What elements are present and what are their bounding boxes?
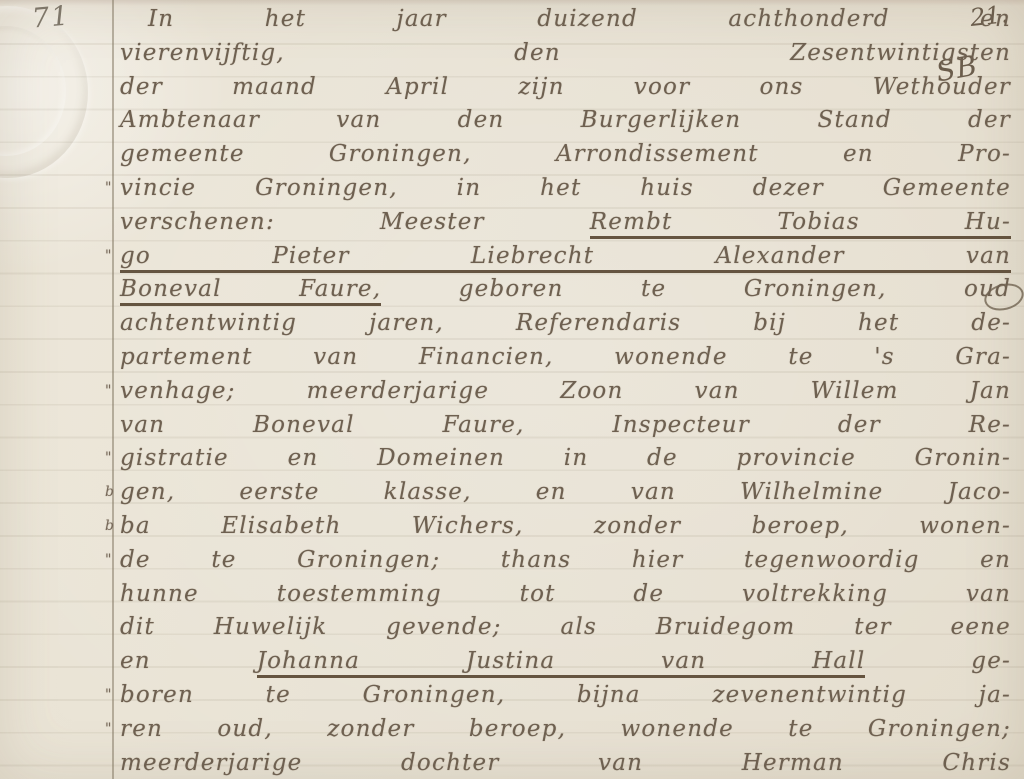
document-line: verschenen: Meester Rembt Tobias Hu- xyxy=(120,206,1011,240)
embossed-seal-inner-ring xyxy=(0,26,66,156)
document-line: gemeente Groningen, Arrondissement en Pr… xyxy=(120,138,1011,172)
document-line: "ren oud, zonder beroep, wonende te Gron… xyxy=(120,713,1011,747)
document-line: "vincie Groningen, in het huis dezer Gem… xyxy=(120,172,1011,206)
line-text: ge- xyxy=(865,648,1011,674)
line-continuation-mark: " xyxy=(105,442,111,476)
line-text: gemeente Groningen, Arrondissement en Pr… xyxy=(120,141,1011,167)
line-text: meerderjarige dochter van Herman Chris xyxy=(120,750,1011,776)
document-line: hunne toestemming tot de voltrekking van xyxy=(120,578,1011,612)
underlined-name: Rembt Tobias Hu- xyxy=(590,209,1011,239)
document-line: Ambtenaar van den Burgerlijken Stand der xyxy=(120,104,1011,138)
line-continuation-mark: b xyxy=(105,476,114,510)
line-text: partement van Financien, wonende te 's G… xyxy=(120,344,1011,370)
line-continuation-mark: " xyxy=(105,375,111,409)
line-text: achtentwintig jaren, Referendaris bij he… xyxy=(120,310,1011,336)
line-text: Ambtenaar van den Burgerlijken Stand der xyxy=(120,107,1011,133)
document-line: partement van Financien, wonende te 's G… xyxy=(120,341,1011,375)
line-text: de te Groningen; thans hier tegenwoordig… xyxy=(120,547,1011,573)
document-line: vierenvijftig, den Zesentwintigsten xyxy=(120,37,1011,71)
line-text: der maand April zijn voor ons Wethouder xyxy=(120,74,1011,100)
document-line: van Boneval Faure, Inspecteur der Re- xyxy=(120,409,1011,443)
document-line: "boren te Groningen, bijna zevenentwinti… xyxy=(120,679,1011,713)
document-line: achtentwintig jaren, Referendaris bij he… xyxy=(120,307,1011,341)
line-continuation-mark: b xyxy=(105,510,114,544)
margin-rule-line xyxy=(112,0,114,779)
line-continuation-mark: " xyxy=(105,240,111,274)
line-continuation-mark: " xyxy=(105,713,111,747)
line-continuation-mark: " xyxy=(105,679,111,713)
line-text: verschenen: Meester xyxy=(120,209,590,235)
document-line: In het jaar duizend achthonderd en xyxy=(120,3,1011,37)
document-line: "go Pieter Liebrecht Alexander van xyxy=(120,240,1011,274)
document-line: dit Huwelijk gevende; als Bruidegom ter … xyxy=(120,611,1011,645)
document-line: "venhage; meerderjarige Zoon van Willem … xyxy=(120,375,1011,409)
line-text: gistratie en Domeinen in de provincie Gr… xyxy=(120,445,1011,471)
underlined-name: Johanna Justina van Hall xyxy=(257,648,866,678)
line-text: vierenvijftig, den Zesentwintigsten xyxy=(120,40,1011,66)
page-number: 71 xyxy=(31,0,72,34)
document-line: bba Elisabeth Wichers, zonder beroep, wo… xyxy=(120,510,1011,544)
document-line: Boneval Faure, geboren te Groningen, oud xyxy=(120,273,1011,307)
document-line: "de te Groningen; thans hier tegenwoordi… xyxy=(120,544,1011,578)
line-text: en xyxy=(120,648,257,674)
line-text: dit Huwelijk gevende; als Bruidegom ter … xyxy=(120,614,1011,640)
line-text: ba Elisabeth Wichers, zonder beroep, won… xyxy=(120,513,1011,539)
document-line: bgen, eerste klasse, en van Wilhelmine J… xyxy=(120,476,1011,510)
document-line: "gistratie en Domeinen in de provincie G… xyxy=(120,442,1011,476)
line-text: geboren te Groningen, oud xyxy=(381,276,1011,302)
line-text: gen, eerste klasse, en van Wilhelmine Ja… xyxy=(120,479,1011,505)
line-continuation-mark: " xyxy=(105,544,111,578)
underlined-name: Boneval Faure, xyxy=(120,276,381,306)
document-line: en Johanna Justina van Hall ge- xyxy=(120,645,1011,679)
line-text: boren te Groningen, bijna zevenentwintig… xyxy=(120,682,1011,708)
document-line: meerderjarige dochter van Herman Chris xyxy=(120,747,1011,779)
line-text: vincie Groningen, in het huis dezer Geme… xyxy=(120,175,1011,201)
handwritten-text-block: In het jaar duizend achthonderd envieren… xyxy=(120,3,1011,779)
line-text: van Boneval Faure, Inspecteur der Re- xyxy=(120,412,1011,438)
line-continuation-mark: " xyxy=(105,172,111,206)
line-text: ren oud, zonder beroep, wonende te Groni… xyxy=(120,716,1011,742)
underlined-name: go Pieter Liebrecht Alexander van xyxy=(120,243,1011,273)
line-text: In het jaar duizend achthonderd en xyxy=(148,6,1011,32)
line-text: hunne toestemming tot de voltrekking van xyxy=(120,581,1011,607)
document-line: der maand April zijn voor ons Wethouder xyxy=(120,71,1011,105)
line-text: venhage; meerderjarige Zoon van Willem J… xyxy=(120,378,1011,404)
